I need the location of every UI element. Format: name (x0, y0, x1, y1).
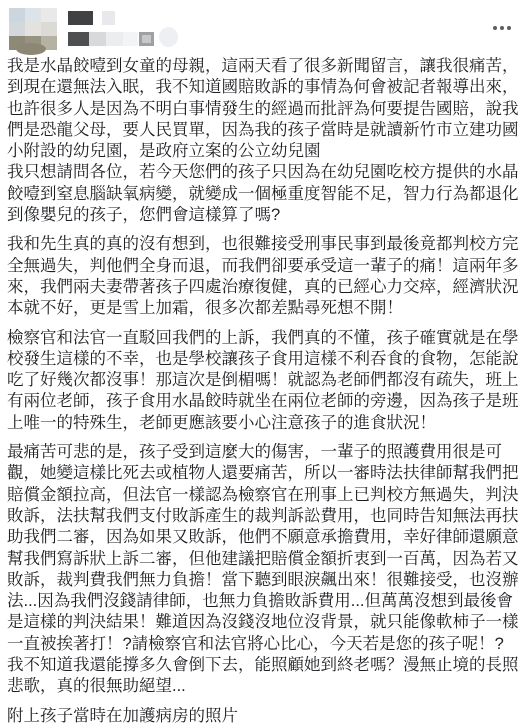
avatar-pixel (25, 8, 41, 22)
post-paragraph: 附上孩子當時在加護病房的照片 (7, 706, 523, 723)
post-header (0, 0, 530, 54)
meta-redaction-block (89, 32, 106, 46)
post-paragraph: 我是水晶餃噎到女童的母親，這兩天看了很多新聞留言，讓我很痛苦，到現在還無法入眠，… (7, 56, 523, 226)
meta-redaction-block (68, 32, 89, 46)
avatar-pixel (9, 22, 25, 36)
ellipsis-icon (493, 26, 497, 30)
avatar-pixel (41, 36, 57, 50)
post-paragraph: 檢察官和法官一直駁回我們的上訴，我們真的不懂，孩子確實就是在學校發生這樣的不幸，… (7, 328, 523, 434)
more-options-button[interactable] (489, 21, 515, 35)
name-redaction-block (68, 11, 93, 25)
meta-redaction-block (123, 32, 138, 46)
timestamp-redacted[interactable] (68, 32, 178, 46)
avatar[interactable] (9, 8, 57, 50)
post-container: 我是水晶餃噎到女童的母親，這兩天看了很多新聞留言，讓我很痛苦，到現在還無法入眠，… (0, 0, 530, 723)
avatar-pixel (25, 22, 41, 36)
post-paragraph: 最痛苦可悲的是，孩子受到這麼大的傷害，一輩子的照護費用很是可觀，她變這樣比死去或… (7, 442, 523, 698)
meta-redaction-block (106, 32, 123, 46)
avatar-pixel (25, 36, 41, 50)
ellipsis-icon (500, 26, 504, 30)
avatar-pixel (9, 8, 25, 22)
ellipsis-icon (507, 26, 511, 30)
name-redaction-block (102, 11, 115, 25)
privacy-icon (139, 32, 154, 46)
avatar-pixel (41, 22, 57, 36)
post-paragraph: 我和先生真的真的沒有想到，也很難接受刑事民事到最後竟都判校方完全無過失，判他們全… (7, 234, 523, 319)
avatar-pixel (41, 8, 57, 22)
post-body: 我是水晶餃噎到女童的母親，這兩天看了很多新聞留言，讓我很痛苦，到現在還無法入眠，… (0, 54, 530, 723)
avatar-pixel (9, 36, 25, 50)
globe-icon (159, 27, 178, 47)
author-name-redacted[interactable] (68, 11, 115, 25)
